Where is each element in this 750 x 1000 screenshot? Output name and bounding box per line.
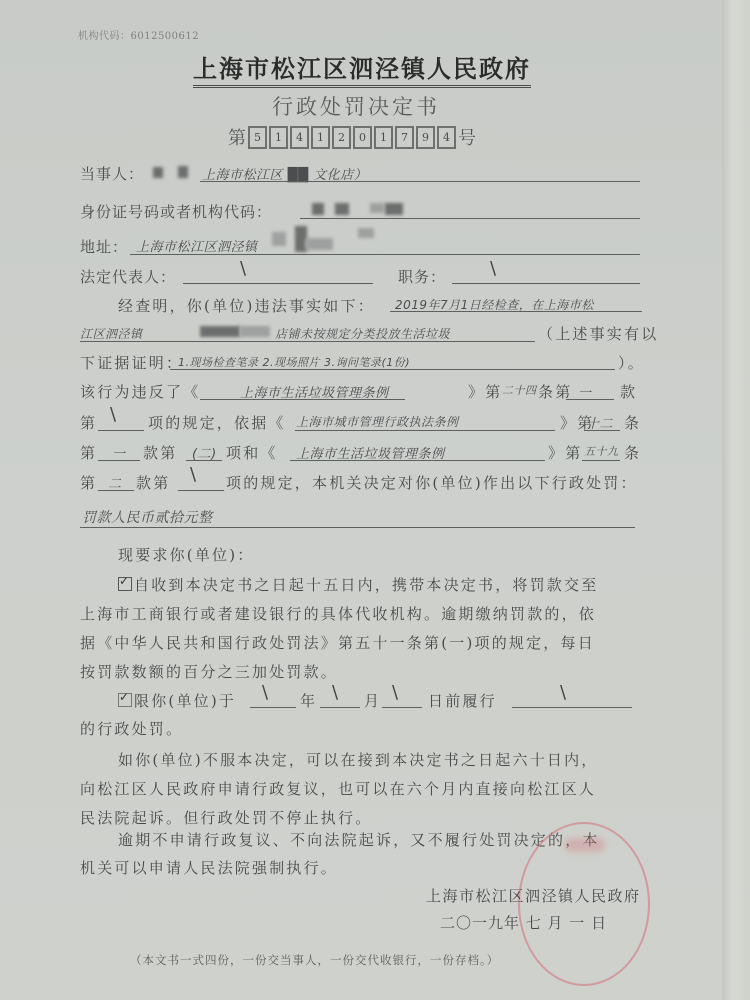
violation-l3-a: 第: [80, 442, 97, 463]
requirement-option-2: 限你(单位)于: [118, 690, 236, 711]
facts-line: [390, 311, 642, 312]
requirement-option-1: 自收到本决定书之日起十五日内，携带本决定书，将罚款交至: [118, 574, 598, 595]
law-line: [295, 430, 555, 431]
option2-year-label: 年: [300, 690, 317, 711]
seal-text: [565, 838, 605, 852]
id-label: 身份证号码或者机构代码：: [80, 201, 272, 222]
remedies-p2-l2: 机关可以申请人民法院强制执行。: [80, 857, 338, 878]
facts-handwritten-3: 1.现场检查笔录 2.现场照片 3.询问笔录(1份): [178, 354, 410, 370]
redaction: [200, 326, 240, 337]
document-number: 第 5 1 4 1 2 0 1 7 9 4 号: [228, 124, 476, 150]
issuer-title: 上海市松江区泗泾镇人民政府: [193, 49, 531, 88]
legal-rep-value: \: [240, 258, 246, 279]
article-line: [584, 430, 620, 431]
signature-date: 二〇一九年 七 月 一 日: [440, 912, 607, 933]
facts-line2-suffix: （上述事实有以: [538, 323, 658, 344]
item-line: [186, 460, 222, 461]
option1-checkbox: [118, 577, 132, 591]
month-line: [320, 707, 360, 708]
redaction: [240, 326, 270, 337]
redaction: [335, 203, 349, 215]
redaction: [385, 203, 403, 215]
penalty-value: 罚款人民币贰拾元整: [82, 507, 213, 527]
article-line: [582, 460, 620, 461]
redaction: [370, 203, 384, 213]
basis-article-2: 五十九: [584, 443, 619, 459]
item-line: [98, 430, 144, 431]
facts-line: [170, 369, 615, 370]
address-label: 地址：: [80, 236, 128, 257]
requirement-option-1-l3: 据《中华人民共和国行政处罚法》第五十一条第(一)项的规定，每日: [80, 632, 595, 653]
violation-l4-c: 项的规定，本机关决定对你(单位)作出以下行政处罚：: [226, 472, 638, 493]
remedies-p2-l1: 逾期不申请行政复议、不向法院起诉，又不履行处罚决定的，本: [118, 829, 600, 850]
violation-l3-e: 条: [624, 442, 641, 463]
facts-line: [80, 341, 535, 342]
violated-article-1: 二十四: [502, 382, 537, 398]
redaction: [153, 167, 163, 178]
option2-day-label: 日前履行: [428, 690, 497, 711]
facts-line3-suffix: ）。: [618, 352, 645, 373]
violation-l2-a: 第: [80, 412, 97, 433]
option2-year: \: [262, 682, 268, 703]
violation-l3-b: 款第: [143, 442, 177, 463]
redaction: [358, 228, 374, 238]
position-value: \: [490, 258, 496, 279]
option2-suffix: 的行政处罚。: [80, 718, 183, 739]
facts-intro: 经查明，你(单位)违法事实如下：: [118, 295, 375, 316]
option2-checkbox: [118, 693, 132, 707]
day-line: [382, 707, 422, 708]
redaction: [312, 203, 324, 215]
party-line: [200, 181, 640, 182]
option2-action: \: [560, 682, 566, 703]
violation-l3-d: 》第: [548, 442, 582, 463]
signature-issuer: 上海市松江区泗泾镇人民政府: [426, 885, 641, 906]
facts-line3-prefix: 下证据证明：: [80, 352, 183, 373]
option2-month-label: 月: [364, 690, 381, 711]
page-edge: [722, 0, 750, 1000]
violation-l3-c: 项和《: [226, 442, 278, 463]
violated-item-2: \: [110, 404, 116, 425]
law-line: [290, 460, 545, 461]
address-value: 上海市松江区泗泾镇: [136, 236, 258, 255]
facts-line2-prefix: 江区泗泾镇: [80, 325, 143, 342]
address-line: [130, 254, 640, 255]
remedies-p1-l3: 民法院起诉。但行政处罚不停止执行。: [80, 807, 372, 828]
item-line: [178, 490, 224, 491]
law-line: [200, 399, 405, 400]
basis-law-1: 上海市城市管理行政执法条例: [296, 413, 459, 430]
basis-item-2: \: [190, 464, 196, 485]
year-line: [250, 707, 296, 708]
remedies-p1-l1: 如你(单位)不服本决定，可以在接到本决定书之日起六十日内，: [118, 749, 599, 770]
party-label: 当事人：: [80, 163, 144, 184]
legal-rep-label: 法定代表人：: [80, 266, 176, 287]
violation-l4-b: 款第: [136, 472, 170, 493]
id-line: [300, 218, 640, 219]
option2-day: \: [392, 682, 398, 703]
clause-line: [98, 490, 134, 491]
violation-l2-b: 项的规定，依据《: [148, 412, 286, 433]
requirement-option-1-l2: 上海市工商银行或者建设银行的具体代收机构。逾期缴纳罚款的，依: [80, 603, 596, 624]
facts-handwritten-2: 店铺未按规定分类投放生活垃圾: [275, 325, 450, 342]
violation-l1-a: 该行为违反了《: [80, 381, 200, 402]
clause-line: [98, 460, 140, 461]
redaction: [272, 232, 286, 246]
remedies-p1-l2: 向松江区人民政府申请行政复议，也可以在六个月内直接向松江区人: [80, 778, 596, 799]
violation-l1-b: 》第: [468, 381, 502, 402]
clause-line: [566, 399, 614, 400]
footnote: （本文书一式四份，一份交当事人，一份交代收银行，一份存档。）: [130, 952, 499, 968]
document-type: 行政处罚决定书: [272, 91, 440, 121]
requirement-option-1-l4: 按罚款数额的百分之三加处罚款。: [80, 661, 338, 682]
requirements-intro: 现要求你(单位)：: [118, 544, 255, 565]
violation-l4-a: 第: [80, 472, 97, 493]
org-code: 机构代码：6012500612: [78, 27, 199, 42]
violation-l2-d: 条: [624, 412, 641, 433]
penalty-line: [80, 527, 635, 528]
action-line: [512, 707, 632, 708]
legal-rep-line: [183, 283, 373, 284]
redaction: [178, 166, 188, 178]
position-line: [452, 283, 640, 284]
redaction: [305, 238, 333, 250]
option2-month: \: [332, 682, 338, 703]
violation-l1-d: 款: [620, 381, 637, 402]
position-label: 职务：: [398, 266, 446, 287]
